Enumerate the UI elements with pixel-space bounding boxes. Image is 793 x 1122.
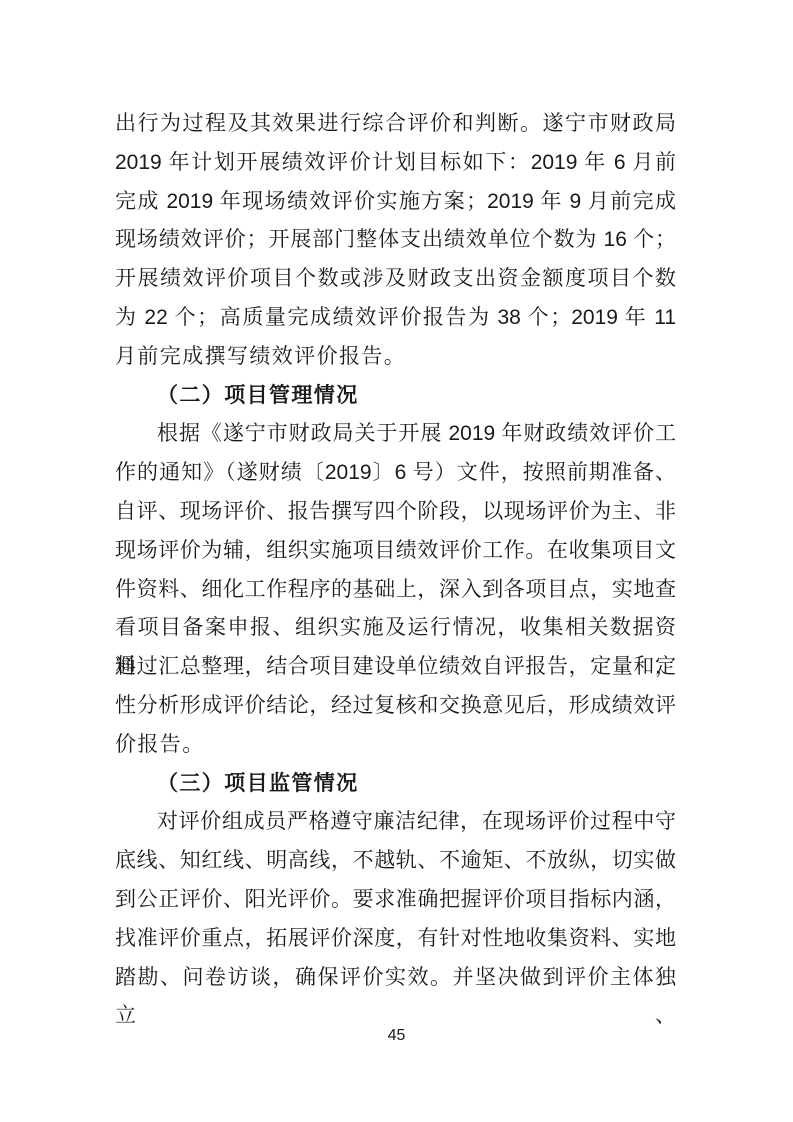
text-line: 自评、现场评价、报告撰写四个阶段，以现场评价为主、非 [115,492,676,531]
section-heading: （三）项目监管情况 [115,764,676,803]
text-line: 找准评价重点，拓展评价深度，有针对性地收集资料、实地 [115,919,676,958]
text-line: 看项目备案申报、组织实施及运行情况，收集相关数据资料， [115,608,676,647]
text-line: 为 22 个；高质量完成绩效评价报告为 38 个；2019 年 11 [115,298,676,337]
page-content: 出行为过程及其效果进行综合评价和判断。遂宁市财政局2019 年计划开展绩效评价计… [115,104,676,996]
text-line: 现场评价为辅，组织实施项目绩效评价工作。在收集项目文 [115,531,676,570]
document-page: 出行为过程及其效果进行综合评价和判断。遂宁市财政局2019 年计划开展绩效评价计… [0,0,793,1122]
text-line: 根据《遂宁市财政局关于开展 2019 年财政绩效评价工 [115,414,676,453]
text-line: 开展绩效评价项目个数或涉及财政支出资金额度项目个数 [115,259,676,298]
text-line: 踏勘、问卷访谈，确保评价实效。并坚决做到评价主体独立、 [115,958,676,997]
text-line: 价报告。 [115,725,676,764]
text-line: 到公正评价、阳光评价。要求准确把握评价项目指标内涵， [115,880,676,919]
text-line: 底线、知红线、明高线，不越轨、不逾矩、不放纵，切实做 [115,841,676,880]
text-line: 性分析形成评价结论，经过复核和交换意见后，形成绩效评 [115,686,676,725]
text-line: 完成 2019 年现场绩效评价实施方案；2019 年 9 月前完成 [115,182,676,221]
text-line: 作的通知》（遂财绩〔2019〕6 号）文件，按照前期准备、 [115,453,676,492]
text-line: 件资料、细化工作程序的基础上，深入到各项目点，实地查 [115,570,676,609]
page-number: 45 [0,1026,793,1045]
text-line: 现场绩效评价；开展部门整体支出绩效单位个数为 16 个； [115,220,676,259]
text-line: 对评价组成员严格遵守廉洁纪律，在现场评价过程中守 [115,802,676,841]
text-line: 月前完成撰写绩效评价报告。 [115,337,676,376]
text-line: 通过汇总整理，结合项目建设单位绩效自评报告，定量和定 [115,647,676,686]
text-line: 2019 年计划开展绩效评价计划目标如下：2019 年 6 月前 [115,143,676,182]
section-heading: （二）项目管理情况 [115,376,676,415]
text-line: 出行为过程及其效果进行综合评价和判断。遂宁市财政局 [115,104,676,143]
